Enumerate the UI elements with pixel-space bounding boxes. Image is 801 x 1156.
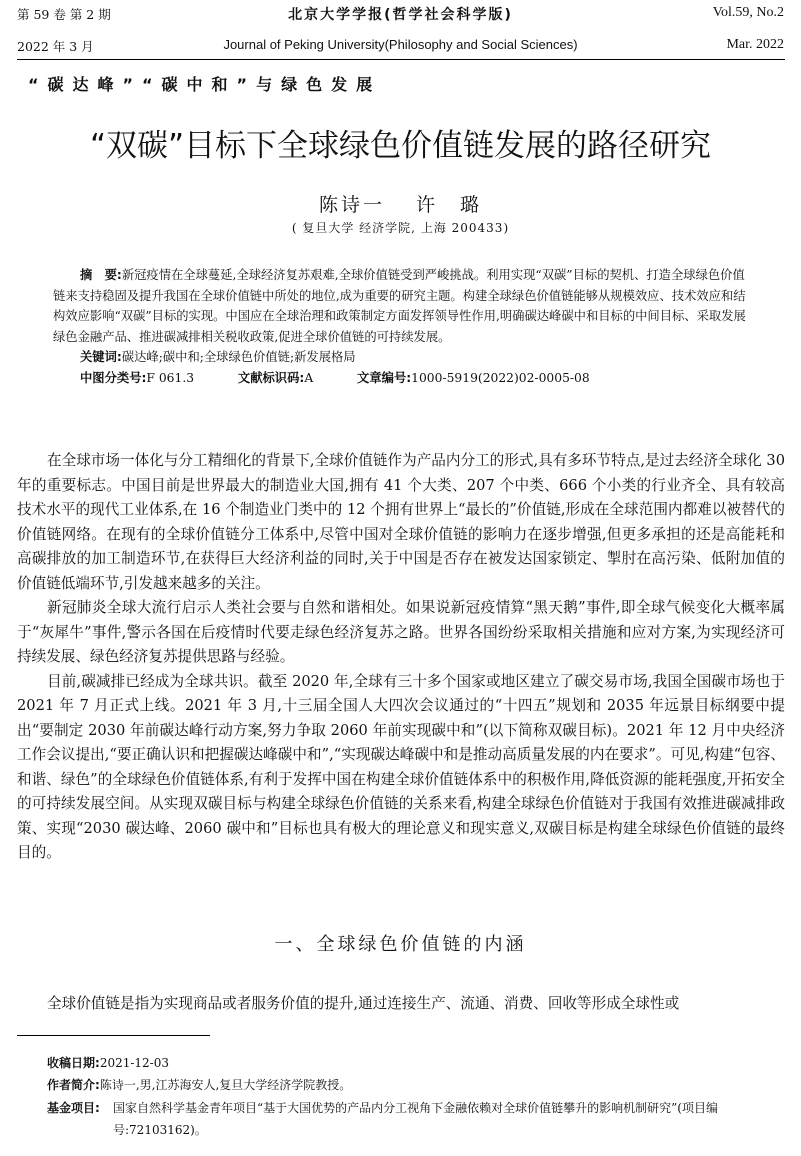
received-label: 收稿日期: [47, 1056, 100, 1070]
article-number-label: 文章编号: [357, 371, 411, 385]
paragraph: 目前,碳减排已经成为全球共识。截至 2020 年,全球有三十多个国家或地区建立了… [17, 670, 785, 866]
section-body: 全球价值链是指为实现商品或者服务价值的提升,通过连接生产、流通、消费、回收等形成… [17, 992, 785, 1017]
header-rule [17, 59, 785, 60]
author-bio: 陈诗一,男,江苏海安人,复旦大学经济学院教授。 [100, 1078, 351, 1092]
footnote-rule [17, 1035, 210, 1036]
article-title: “双碳”目标下全球绿色价值链发展的路径研究 [0, 120, 801, 165]
footnote-author: 作者简介:陈诗一,男,江苏海安人,复旦大学经济学院教授。 [47, 1074, 787, 1096]
article-number-value: 1000-5919(2022)02-0005-08 [411, 371, 590, 385]
paragraph: 在全球市场一体化与分工精细化的背景下,全球价值链作为产品内分工的形式,具有多环节… [17, 449, 785, 596]
abstract-label: 摘 要: [80, 268, 122, 282]
body-text: 在全球市场一体化与分工精细化的背景下,全球价值链作为产品内分工的形式,具有多环节… [17, 449, 785, 866]
fund-text: 国家自然科学基金青年项目“基于大国优势的产品内分工视角下金融依赖对全球价值链攀升… [113, 1097, 787, 1141]
journal-title-cn: 北京大学学报(哲学社会科学版) [0, 4, 801, 24]
issue-date-en: Mar. 2022 [726, 37, 784, 53]
doc-code-value: A [304, 371, 313, 385]
footnote-fund: 基金项目:国家自然科学基金青年项目“基于大国优势的产品内分工视角下金融依赖对全球… [47, 1097, 787, 1141]
doc-code-label: 文献标识码: [238, 371, 304, 385]
volume-en: Vol.59, No.2 [713, 5, 784, 21]
clc-value: F 061.3 [146, 371, 194, 385]
journal-title-en: Journal of Peking University(Philosophy … [0, 37, 801, 52]
footnote-received: 收稿日期:2021-12-03 [47, 1052, 787, 1074]
section-heading: 一、全球绿色价值链的内涵 [0, 930, 801, 956]
abstract: 摘 要:新冠疫情在全球蔓延,全球经济复苏艰难,全球价值链受到严峻挑战。利用实现“… [53, 265, 755, 389]
authors: 陈诗一 许 璐 [0, 190, 801, 217]
paragraph: 全球价值链是指为实现商品或者服务价值的提升,通过连接生产、流通、消费、回收等形成… [17, 992, 785, 1017]
received-date: 2021-12-03 [100, 1056, 169, 1070]
abstract-text: 新冠疫情在全球蔓延,全球经济复苏艰难,全球价值链受到严峻挑战。利用实现“双碳”目… [53, 268, 746, 344]
affiliation: ( 复旦大学 经济学院, 上海 200433) [0, 219, 801, 236]
clc-label: 中图分类号: [80, 371, 146, 385]
fund-label: 基金项目: [47, 1097, 100, 1119]
keywords-text: 碳达峰;碳中和;全球绿色价值链;新发展格局 [122, 350, 356, 364]
author-label: 作者简介: [47, 1078, 100, 1092]
paragraph: 新冠肺炎全球大流行启示人类社会要与自然和谐相处。如果说新冠疫情算“黑天鹅”事件,… [17, 596, 785, 670]
column-tag: “碳达峰”“碳中和”与绿色发展 [28, 72, 381, 95]
keywords-label: 关键词: [80, 350, 122, 364]
